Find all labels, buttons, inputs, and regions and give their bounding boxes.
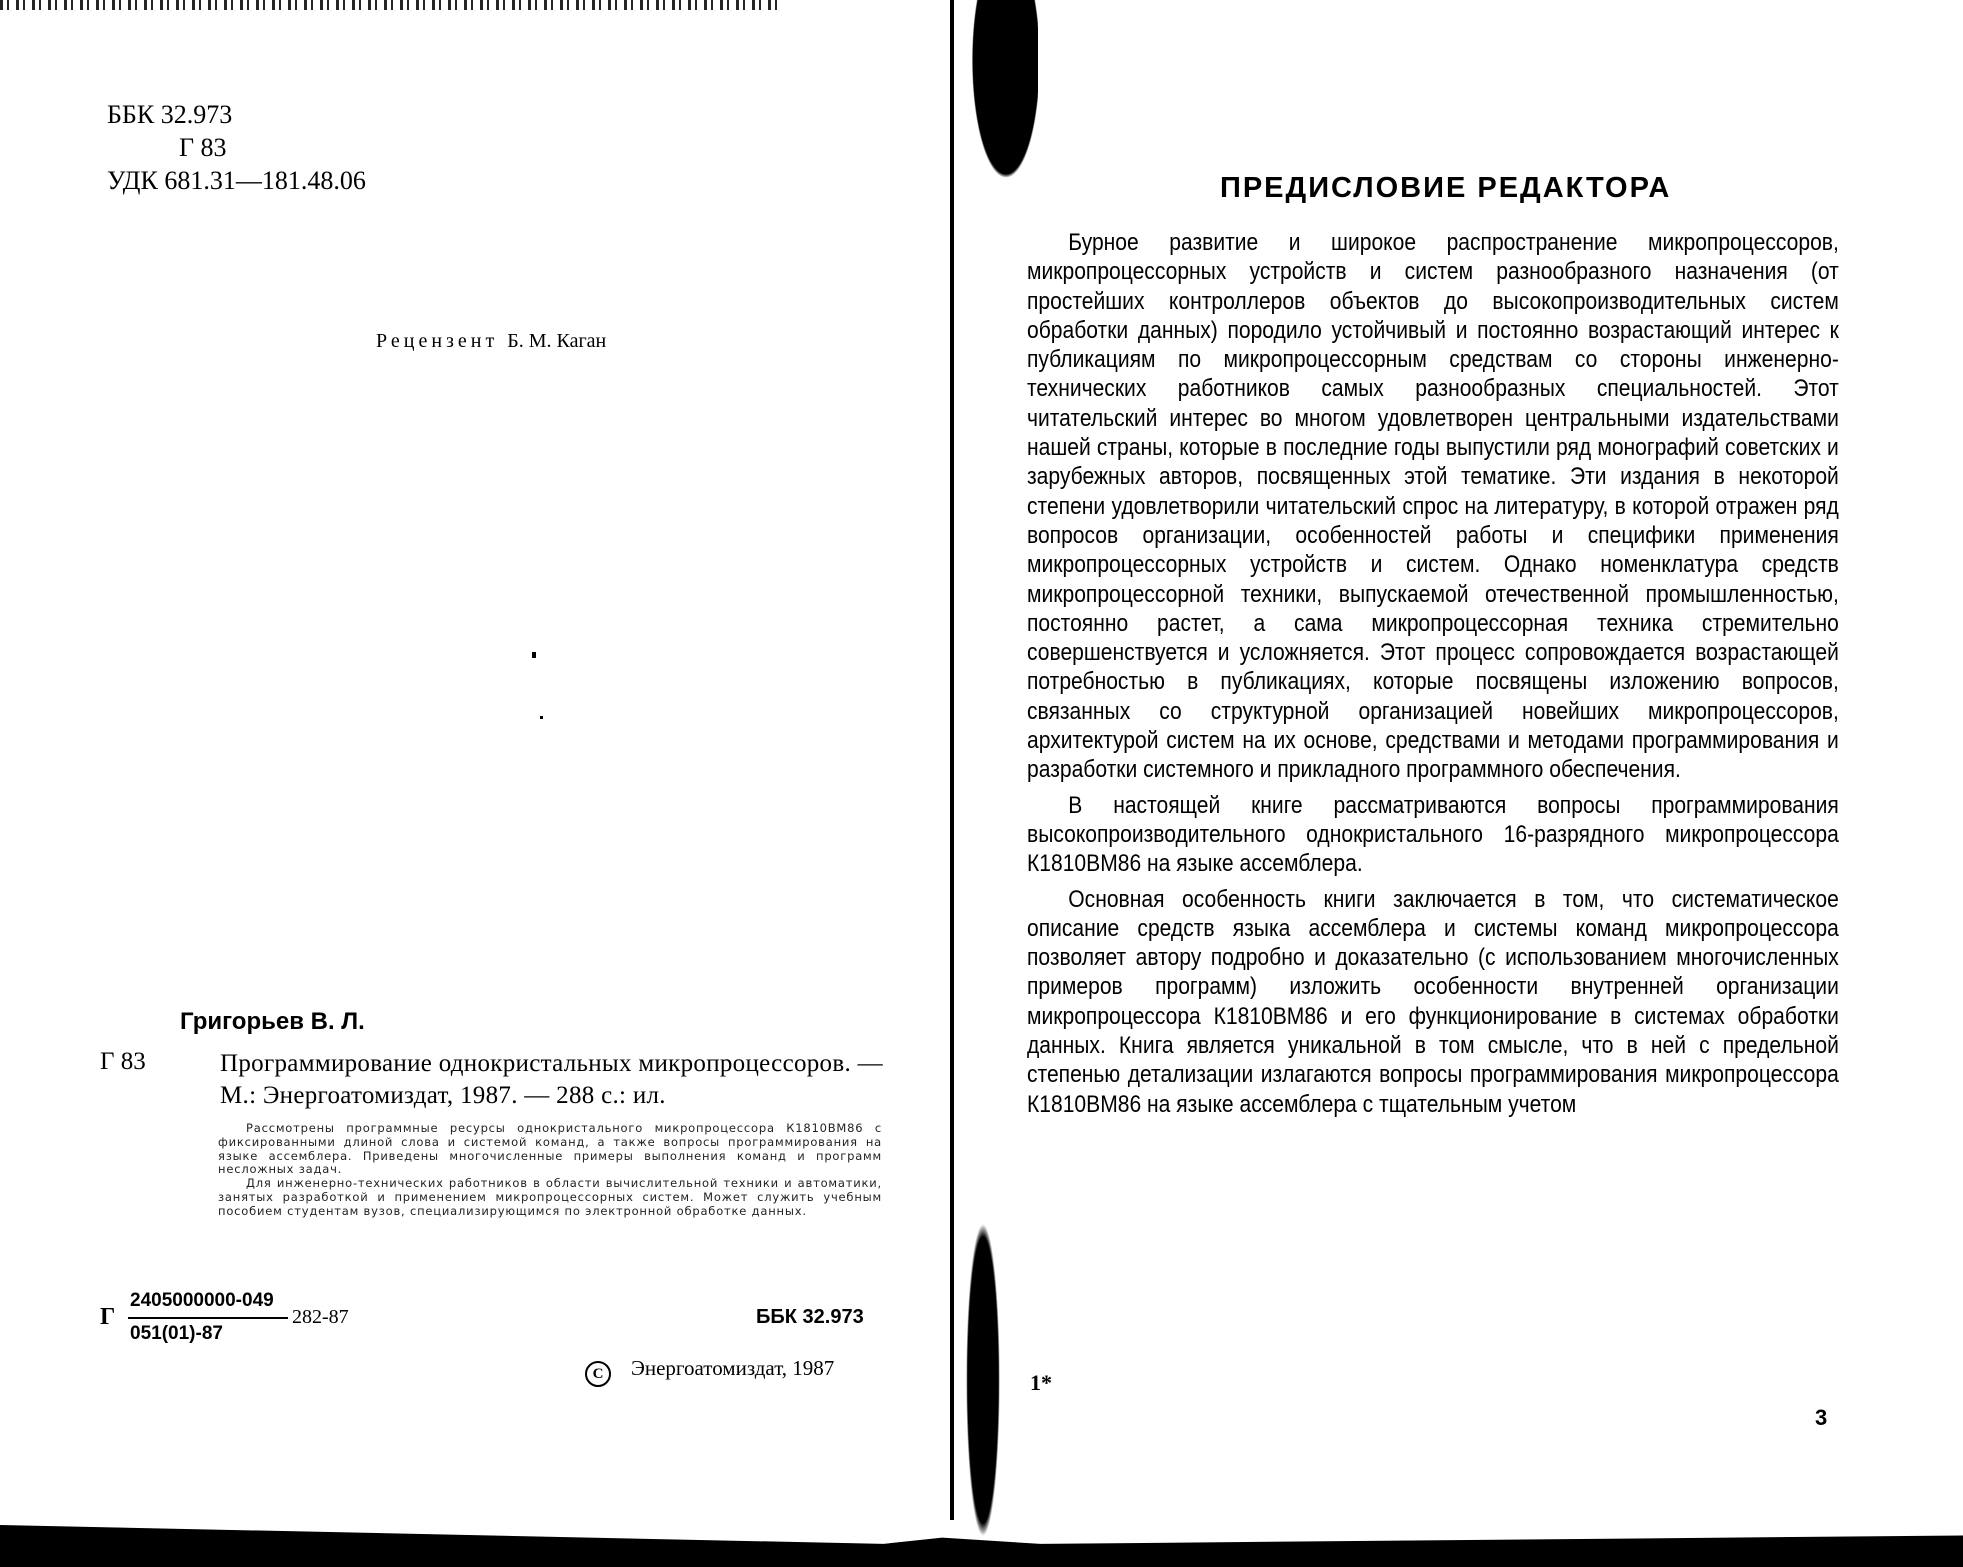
annotation-paragraph: Рассмотрены программные ресурсы однокрис… (218, 1122, 882, 1177)
index-letter: Г (100, 1304, 115, 1331)
bibliographic-code: Г 83 (100, 1048, 146, 1076)
reviewer-label: Рецензент (376, 330, 498, 352)
book-annotation: Рассмотрены программные ресурсы однокрис… (218, 1122, 882, 1219)
catalog-codes: ББК 32.973 Г 83 УДК 681.31—181.48.06 (107, 98, 366, 197)
copyright-icon: C (585, 1361, 611, 1387)
fraction-bar (128, 1317, 288, 1319)
annotation-paragraph: Для инженерно-технических работников в о… (218, 1177, 882, 1218)
preface-paragraph: Бурное развитие и широкое распространени… (1027, 228, 1839, 785)
book-author: Григорьев В. Л. (180, 1008, 365, 1036)
copyright-text: Энергоатомиздат, 1987 (631, 1356, 834, 1380)
preface-paragraph: Основная особенность книги заключается в… (1027, 885, 1839, 1119)
reviewer-name: Б. М. Каган (507, 330, 606, 352)
preface-title: ПРЕДИСЛОВИЕ РЕДАКТОРА (1220, 172, 1671, 205)
udk-code: УДК 681.31—181.48.06 (107, 164, 366, 197)
scan-speck (540, 716, 543, 719)
bbk-code: ББК 32.973 (107, 98, 366, 131)
preface-paragraph: В настоящей книге рассматриваются вопрос… (1027, 791, 1839, 879)
author-mark: Г 83 (107, 131, 366, 164)
copyright-line: CЭнергоатомиздат, 1987 (585, 1356, 834, 1387)
page-number: 3 (1815, 1405, 1827, 1431)
index-suffix: 282-87 (292, 1306, 349, 1329)
book-gutter-shadow (948, 0, 1038, 1567)
scan-noise-top (0, 0, 780, 10)
index-denominator: 051(01)-87 (130, 1323, 223, 1345)
reviewer-line: Рецензент Б. М. Каган (376, 330, 606, 353)
preface-body: Бурное развитие и широкое распространени… (1027, 228, 1725, 1125)
bbk-code-bottom: ББК 32.973 (756, 1306, 864, 1329)
signature-mark: 1* (1030, 1370, 1052, 1396)
index-numerator: 2405000000-049 (130, 1290, 274, 1312)
bibliographic-title: Программирование однокристальных микропр… (220, 1048, 885, 1112)
scan-speck (532, 652, 536, 658)
